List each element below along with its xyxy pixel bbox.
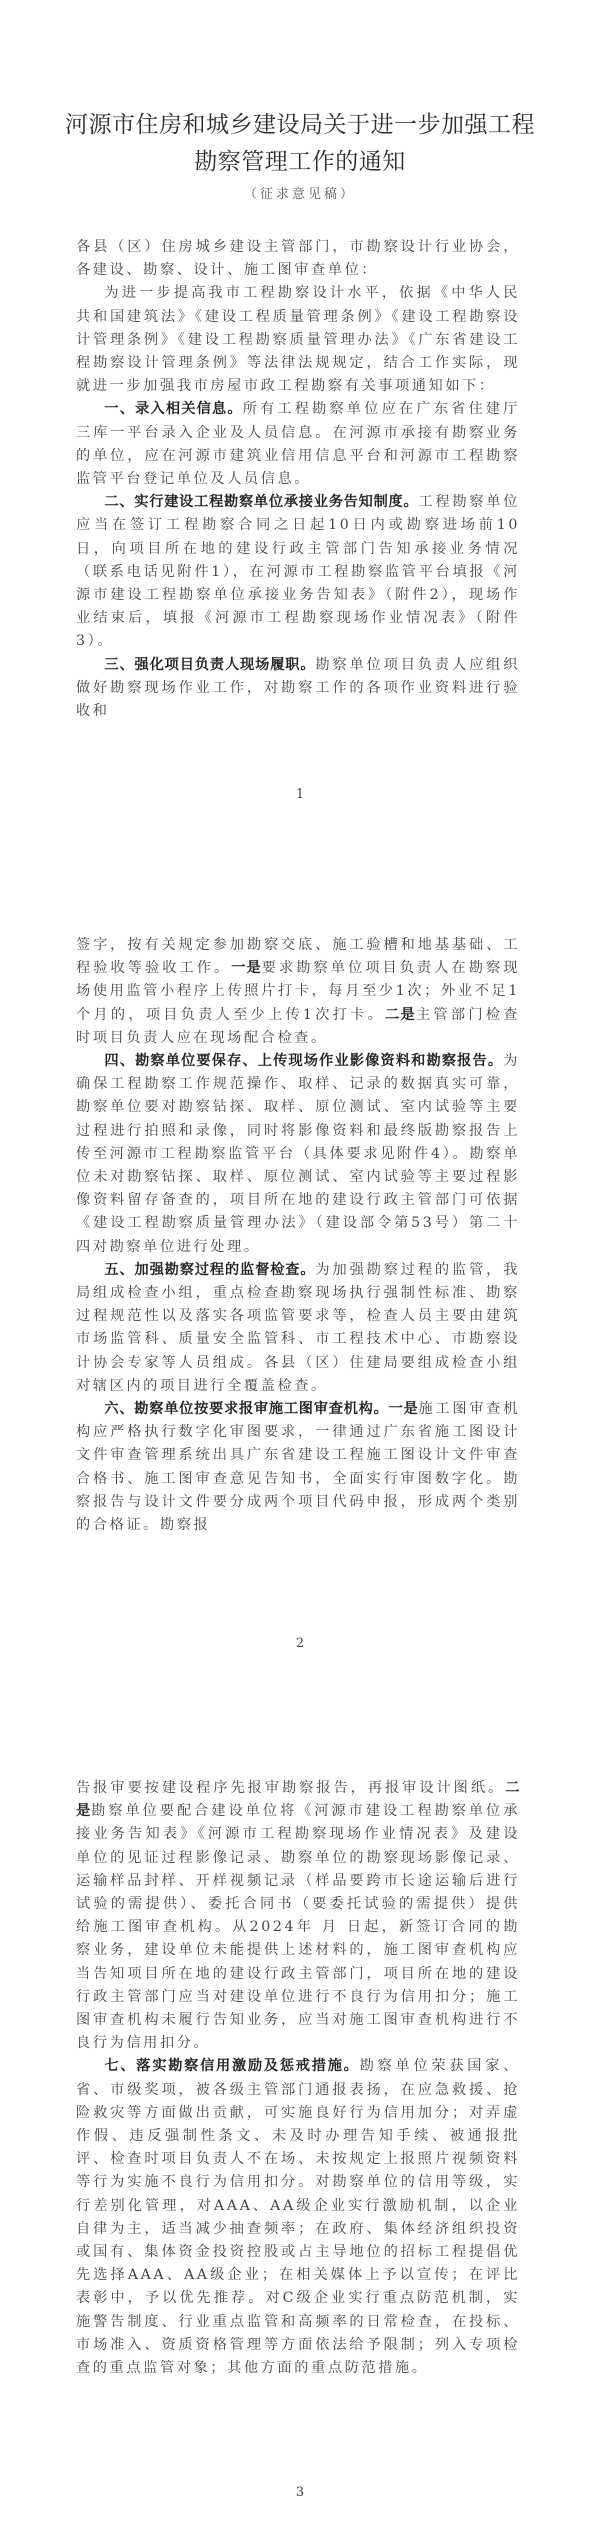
section-5: 五、加强勘察过程的监督检查。为加强勘察过程的监管，我局组成检查小组，重点检查勘察…	[76, 1259, 520, 1398]
document-title-line2: 勘察管理工作的通知	[0, 148, 600, 176]
section-3-heading: 三、强化项目负责人现场履职。	[104, 657, 315, 673]
page-number-1: 1	[0, 787, 600, 802]
section-4-text: 为确保工程勘察工作规范操作、取样、记录的数据真实可靠，勘察单位要对勘察钻探、取样…	[76, 1053, 520, 1255]
page-2-body: 签字，按有关规定参加勘察交底、施工验槽和地基基础、工程验收等验收工作。一是要求勘…	[76, 934, 520, 1537]
section-2: 二、实行建设工程勘察单位承接业务告知制度。工程勘察单位应当在签订工程勘察合同之日…	[76, 491, 520, 653]
document-subtitle: （征求意见稿）	[0, 183, 600, 202]
page-number-3: 3	[0, 2485, 600, 2500]
section-6-heading: 六、勘察单位按要求报审施工图审查机构。	[104, 1401, 388, 1417]
page-1: 河源市住房和城乡建设局关于进一步加强工程 勘察管理工作的通知 （征求意见稿） 各…	[0, 0, 600, 850]
section-3-continued: 签字，按有关规定参加勘察交底、施工验槽和地基基础、工程验收等验收工作。一是要求勘…	[76, 934, 520, 1050]
section-1: 一、录入相关信息。所有工程勘察单位应在广东省住建厅三库一平台录入企业及人员信息。…	[76, 398, 520, 491]
section-6-text-part1: 施工图审查机构应严格执行数字化审图要求，一律通过广东省施工图设计文件审查管理系统…	[76, 1401, 520, 1533]
section-1-heading: 一、录入相关信息。	[104, 401, 242, 417]
section-7: 七、落实勘察信用激励及惩戒措施。勘察单位荣获国家、省、市级奖项，被各级主管部门通…	[76, 2055, 520, 2380]
page-1-body: 各县（区）住房城乡建设主管部门，市勘察设计行业协会，各建设、勘察、设计、施工图审…	[76, 236, 520, 723]
section-2-heading: 二、实行建设工程勘察单位承接业务告知制度。	[104, 494, 418, 510]
section-4-heading: 四、勘察单位要保存、上传现场作业影像资料和勘察报告。	[104, 1053, 503, 1069]
section-5-heading: 五、加强勘察过程的监督检查。	[104, 1262, 315, 1278]
page-3-body: 告报审要按建设程序先报审勘察报告，再报审设计图纸。二是勘察单位要配合建设单位将《…	[76, 1777, 520, 2380]
section-6-bold1: 一是	[389, 1401, 419, 1417]
section-3-bold2: 二是	[385, 1007, 416, 1023]
section-6-continued: 告报审要按建设程序先报审勘察报告，再报审设计图纸。二是勘察单位要配合建设单位将《…	[76, 1777, 520, 2055]
document-title-line1: 河源市住房和城乡建设局关于进一步加强工程	[0, 111, 600, 139]
addressee: 各县（区）住房城乡建设主管部门，市勘察设计行业协会，各建设、勘察、设计、施工图审…	[76, 236, 520, 282]
section-7-heading: 七、落实勘察信用激励及惩戒措施。	[104, 2058, 359, 2074]
intro-paragraph: 为进一步提高我市工程勘察设计水平，依据《中华人民共和国建筑法》《建设工程质量管理…	[76, 282, 520, 398]
section-3-start: 三、强化项目负责人现场履职。勘察单位项目负责人应组织做好勘察现场作业工作，对勘察…	[76, 654, 520, 724]
page-number-2: 2	[0, 1636, 600, 1651]
section-6-text-part2: 告报审要按建设程序先报审勘察报告，再报审设计图纸。	[76, 1780, 505, 1796]
section-2-text: 工程勘察单位应当在签订工程勘察合同之日起10日内或勘察进场前10日，向项目所在地…	[76, 494, 520, 649]
section-6-start: 六、勘察单位按要求报审施工图审查机构。一是施工图审查机构应严格执行数字化审图要求…	[76, 1398, 520, 1537]
section-6-text-part3: 勘察单位要配合建设单位将《河源市建设工程勘察单位承接业务告知表》《河源市工程勘察…	[76, 1803, 520, 2051]
section-7-text: 勘察单位荣获国家、省、市级奖项，被各级主管部门通报表扬，在应急救援、抢险救灾等方…	[76, 2058, 520, 2376]
section-5-text: 为加强勘察过程的监管，我局组成检查小组，重点检查勘察现场执行强制性标准、勘察过程…	[76, 1262, 520, 1394]
section-4: 四、勘察单位要保存、上传现场作业影像资料和勘察报告。为确保工程勘察工作规范操作、…	[76, 1050, 520, 1259]
section-3-bold1: 一是	[231, 960, 262, 976]
